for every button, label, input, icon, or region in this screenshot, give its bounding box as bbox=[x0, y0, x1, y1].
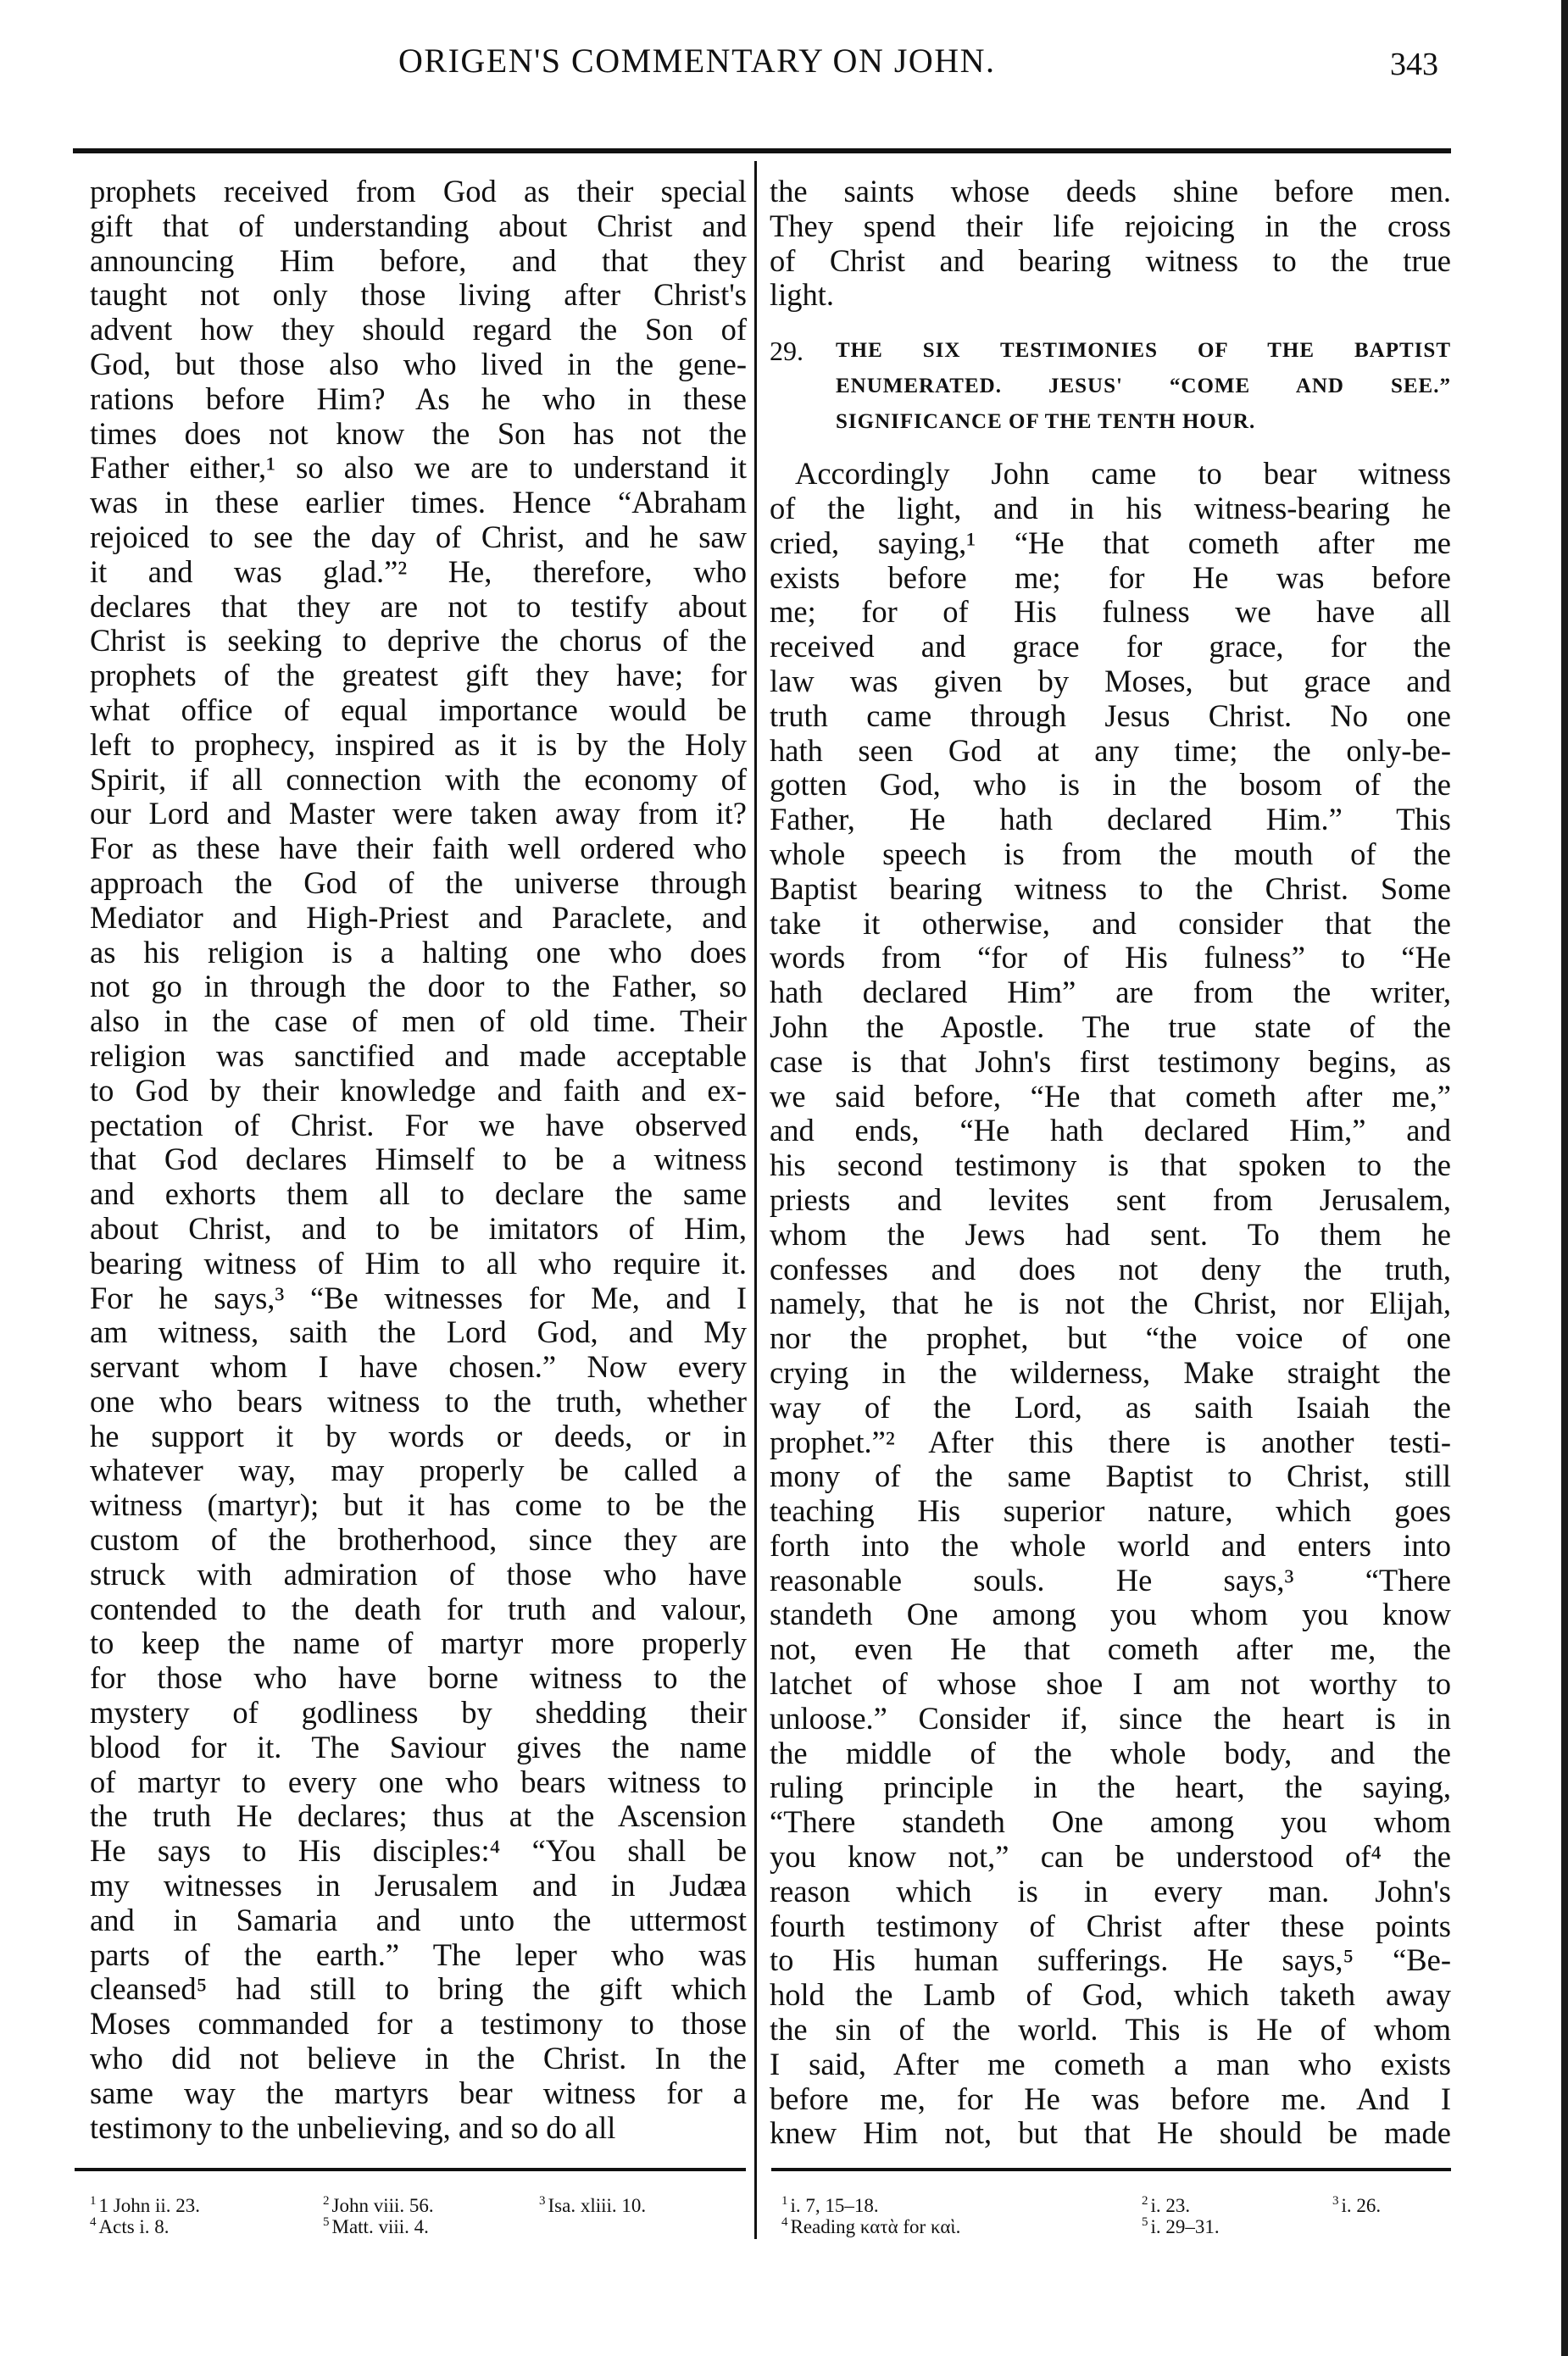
footnote: 5Matt. viii. 4. bbox=[323, 2216, 429, 2237]
text-line: my witnesses in Jerusalem and in Judæa bbox=[90, 1869, 747, 1903]
page-number: 343 bbox=[1390, 46, 1438, 83]
footnote: 1i. 7, 15–18. bbox=[781, 2195, 879, 2216]
text-line: we said before, “He that cometh after me… bbox=[770, 1080, 1451, 1114]
text-line: For as these have their faith well order… bbox=[90, 831, 747, 866]
text-line: priests and levites sent from Jerusalem, bbox=[770, 1183, 1451, 1218]
text-line: case is that John's first testimony begi… bbox=[770, 1045, 1451, 1080]
text-line: truth came through Jesus Christ. No one bbox=[770, 699, 1451, 734]
text-line: the truth He declares; thus at the Ascen… bbox=[90, 1799, 747, 1834]
text-line: forth into the whole world and enters in… bbox=[770, 1529, 1451, 1564]
text-line: who did not believe in the Christ. In th… bbox=[90, 2042, 747, 2076]
text-line: John the Apostle. The true state of the bbox=[770, 1010, 1451, 1045]
text-line: mystery of godliness by shedding their bbox=[90, 1696, 747, 1731]
right-column-body: Accordingly John came to bear witnessof … bbox=[770, 457, 1451, 2151]
text-line: he support it by words or deeds, or in bbox=[90, 1420, 747, 1454]
footnote: 2John viii. 56. bbox=[323, 2195, 434, 2216]
text-line: mony of the same Baptist to Christ, stil… bbox=[770, 1459, 1451, 1494]
text-line: and exhorts them all to declare the same bbox=[90, 1177, 747, 1212]
text-line: servant whom I have chosen.” Now every bbox=[90, 1350, 747, 1385]
text-line: the middle of the whole body, and the bbox=[770, 1736, 1451, 1771]
text-line: not go in through the door to the Father… bbox=[90, 970, 747, 1004]
text-line: For he says,³ “Be witnesses for Me, and … bbox=[90, 1281, 747, 1316]
text-line: light. bbox=[770, 278, 1451, 313]
text-line: of the light, and in his witness-bearing… bbox=[770, 492, 1451, 526]
text-line: unloose.” Consider if, since the heart i… bbox=[770, 1702, 1451, 1736]
text-line: announcing Him before, and that they bbox=[90, 244, 747, 279]
text-line: advent how they should regard the Son of bbox=[90, 313, 747, 347]
text-line: contended to the death for truth and val… bbox=[90, 1592, 747, 1627]
section-heading-line: SIGNIFICANCE OF THE TENTH HOUR. bbox=[770, 404, 1451, 440]
text-line: law was given by Moses, but grace and bbox=[770, 664, 1451, 699]
text-line: rejoiced to see the day of Christ, and h… bbox=[90, 520, 747, 555]
text-line: “There standeth One among you whom bbox=[770, 1805, 1451, 1840]
text-line: whatever way, may properly be called a bbox=[90, 1453, 747, 1488]
text-line: witness (martyr); but it has come to be … bbox=[90, 1488, 747, 1523]
text-line: was in these earlier times. Hence “Abrah… bbox=[90, 486, 747, 520]
text-line: you know not,” can be understood of⁴ the bbox=[770, 1840, 1451, 1875]
text-line: to God by their knowledge and faith and … bbox=[90, 1074, 747, 1109]
text-line: bearing witness of Him to all who requir… bbox=[90, 1247, 747, 1281]
text-line: the saints whose deeds shine before men. bbox=[770, 175, 1451, 209]
left-column: prophets received from God as their spec… bbox=[90, 175, 747, 2145]
text-line: same way the martyrs bear witness for a bbox=[90, 2076, 747, 2111]
text-line: Mediator and High-Priest and Paraclete, … bbox=[90, 901, 747, 936]
text-line: confesses and does not deny the truth, bbox=[770, 1253, 1451, 1287]
text-line: before me, for He was before me. And I bbox=[770, 2082, 1451, 2117]
text-line: for those who have borne witness to the bbox=[90, 1661, 747, 1696]
text-line: approach the God of the universe through bbox=[90, 866, 747, 901]
footnote: 5i. 29–31. bbox=[1142, 2216, 1220, 2237]
text-line: am witness, saith the Lord God, and My bbox=[90, 1315, 747, 1350]
text-line: to keep the name of martyr more properly bbox=[90, 1626, 747, 1661]
right-column-intro: the saints whose deeds shine before men.… bbox=[770, 175, 1451, 313]
text-line: God, but those also who lived in the gen… bbox=[90, 347, 747, 382]
text-line: gift that of understanding about Christ … bbox=[90, 209, 747, 244]
text-line: way of the Lord, as saith Isaiah the bbox=[770, 1391, 1451, 1425]
text-line: rations before Him? As he who in these bbox=[90, 382, 747, 417]
text-line: blood for it. The Saviour gives the name bbox=[90, 1731, 747, 1765]
right-column: the saints whose deeds shine before men.… bbox=[770, 175, 1451, 2151]
text-line: and ends, “He hath declared Him,” and bbox=[770, 1114, 1451, 1148]
text-line: as his religion is a halting one who doe… bbox=[90, 936, 747, 970]
text-line: about Christ, and to be imitators of Him… bbox=[90, 1212, 747, 1247]
footnote-rule-left bbox=[75, 2168, 746, 2171]
text-line: fourth testimony of Christ after these p… bbox=[770, 1909, 1451, 1944]
text-line: testimony to the unbelieving, and so do … bbox=[90, 2111, 747, 2146]
text-line: religion was sanctified and made accepta… bbox=[90, 1039, 747, 1074]
text-line: whom the Jews had sent. To them he bbox=[770, 1218, 1451, 1253]
section-heading-line: 29. THE SIX TESTIMONIES OF THE BAPTIST bbox=[770, 333, 1451, 369]
text-line: hath declared Him” are from the writer, bbox=[770, 975, 1451, 1010]
text-line: reason which is in every man. John's bbox=[770, 1875, 1451, 1909]
text-line: received and grace for grace, for the bbox=[770, 630, 1451, 664]
text-line: to His human sufferings. He says,⁵ “Be- bbox=[770, 1943, 1451, 1978]
footnote: 11 John ii. 23. bbox=[90, 2195, 200, 2216]
text-line: and in Samaria and unto the uttermost bbox=[90, 1903, 747, 1938]
text-line: teaching His superior nature, which goes bbox=[770, 1494, 1451, 1529]
text-line: left to prophecy, inspired as it is by t… bbox=[90, 728, 747, 763]
text-line: They spend their life rejoicing in the c… bbox=[770, 209, 1451, 244]
text-line: it and was glad.”² He, therefore, who bbox=[90, 555, 747, 590]
text-line: times does not know the Son has not the bbox=[90, 417, 747, 452]
footnote: 2i. 23. bbox=[1142, 2195, 1190, 2216]
footnote: 4Reading κατὰ for καὶ. bbox=[781, 2216, 960, 2237]
text-line: the sin of the world. This is He of whom bbox=[770, 2013, 1451, 2048]
header-rule bbox=[73, 148, 1451, 153]
footnotes-left: 11 John ii. 23. 2John viii. 56. 3Isa. xl… bbox=[90, 2195, 751, 2237]
text-line: of martyr to every one who bears witness… bbox=[90, 1765, 747, 1800]
text-line: nor the prophet, but “the voice of one bbox=[770, 1321, 1451, 1356]
text-line: Spirit, if all connection with the econo… bbox=[90, 763, 747, 797]
text-line: Baptist bearing witness to the Christ. S… bbox=[770, 872, 1451, 907]
section-heading: 29. THE SIX TESTIMONIES OF THE BAPTIST E… bbox=[770, 333, 1451, 440]
text-line: not, even He that cometh after me, the bbox=[770, 1632, 1451, 1667]
text-line: his second testimony is that spoken to t… bbox=[770, 1148, 1451, 1183]
scan-edge bbox=[1561, 0, 1568, 2356]
text-line: prophets of the greatest gift they have;… bbox=[90, 658, 747, 693]
text-line: struck with admiration of those who have bbox=[90, 1558, 747, 1592]
text-line: namely, that he is not the Christ, nor E… bbox=[770, 1286, 1451, 1321]
column-divider bbox=[754, 161, 757, 2239]
text-line: standeth One among you whom you know bbox=[770, 1598, 1451, 1632]
footnote: 4Acts i. 8. bbox=[90, 2216, 170, 2237]
text-line: that God declares Himself to be a witnes… bbox=[90, 1142, 747, 1177]
running-title: ORIGEN'S COMMENTARY ON JOHN. bbox=[398, 41, 996, 81]
text-line: parts of the earth.” The leper who was bbox=[90, 1938, 747, 1973]
text-line: Father, He hath declared Him.” This bbox=[770, 803, 1451, 837]
text-line: of Christ and bearing witness to the tru… bbox=[770, 244, 1451, 279]
text-line: crying in the wilderness, Make straight … bbox=[770, 1356, 1451, 1391]
text-line: I said, After me cometh a man who exists bbox=[770, 2048, 1451, 2082]
running-head: ORIGEN'S COMMENTARY ON JOHN. 343 bbox=[0, 41, 1568, 92]
text-line: declares that they are not to testify ab… bbox=[90, 590, 747, 625]
footnote: 3Isa. xliii. 10. bbox=[539, 2195, 646, 2216]
text-line: our Lord and Master were taken away from… bbox=[90, 797, 747, 831]
text-line: prophets received from God as their spec… bbox=[90, 175, 747, 209]
text-line: latchet of whose shoe I am not worthy to bbox=[770, 1667, 1451, 1702]
footnote-rule-right bbox=[771, 2168, 1451, 2171]
text-line: He says to His disciples:⁴ “You shall be bbox=[90, 1834, 747, 1869]
text-line: hold the Lamb of God, which taketh away bbox=[770, 1978, 1451, 2013]
text-line: Father either,¹ so also we are to unders… bbox=[90, 451, 747, 486]
text-line: custom of the brotherhood, since they ar… bbox=[90, 1523, 747, 1558]
text-line: me; for of His fulness we have all bbox=[770, 595, 1451, 630]
text-line: also in the case of men of old time. The… bbox=[90, 1004, 747, 1039]
text-line: gotten God, who is in the bosom of the bbox=[770, 768, 1451, 803]
footnote: 3i. 26. bbox=[1332, 2195, 1381, 2216]
text-line: cleansed⁵ had still to bring the gift wh… bbox=[90, 1972, 747, 2007]
text-line: Moses commanded for a testimony to those bbox=[90, 2007, 747, 2042]
text-line: words from “for of His fulness” to “He bbox=[770, 941, 1451, 975]
text-line: cried, saying,¹ “He that cometh after me bbox=[770, 526, 1451, 561]
text-line: prophet.”² After this there is another t… bbox=[770, 1425, 1451, 1460]
text-line: hath seen God at any time; the only-be- bbox=[770, 734, 1451, 769]
text-line: what office of equal importance would be bbox=[90, 693, 747, 728]
text-line: knew Him not, but that He should be made bbox=[770, 2116, 1451, 2151]
text-line: taught not only those living after Chris… bbox=[90, 278, 747, 313]
text-line: whole speech is from the mouth of the bbox=[770, 837, 1451, 872]
text-line: take it otherwise, and consider that the bbox=[770, 907, 1451, 942]
text-line: exists before me; for He was before bbox=[770, 561, 1451, 596]
section-heading-line: ENUMERATED. JESUS' “COME AND SEE.” bbox=[770, 369, 1451, 404]
text-line: Accordingly John came to bear witness bbox=[770, 457, 1451, 492]
text-line: pectation of Christ. For we have observe… bbox=[90, 1109, 747, 1143]
text-line: reasonable souls. He says,³ “There bbox=[770, 1564, 1451, 1598]
section-number: 29. bbox=[770, 333, 803, 369]
footnotes-right: 1i. 7, 15–18. 2i. 23. 3i. 26. 4Reading κ… bbox=[781, 2195, 1451, 2237]
text-line: ruling principle in the heart, the sayin… bbox=[770, 1770, 1451, 1805]
text-line: Christ is seeking to deprive the chorus … bbox=[90, 624, 747, 658]
text-line: one who bears witness to the truth, whet… bbox=[90, 1385, 747, 1420]
